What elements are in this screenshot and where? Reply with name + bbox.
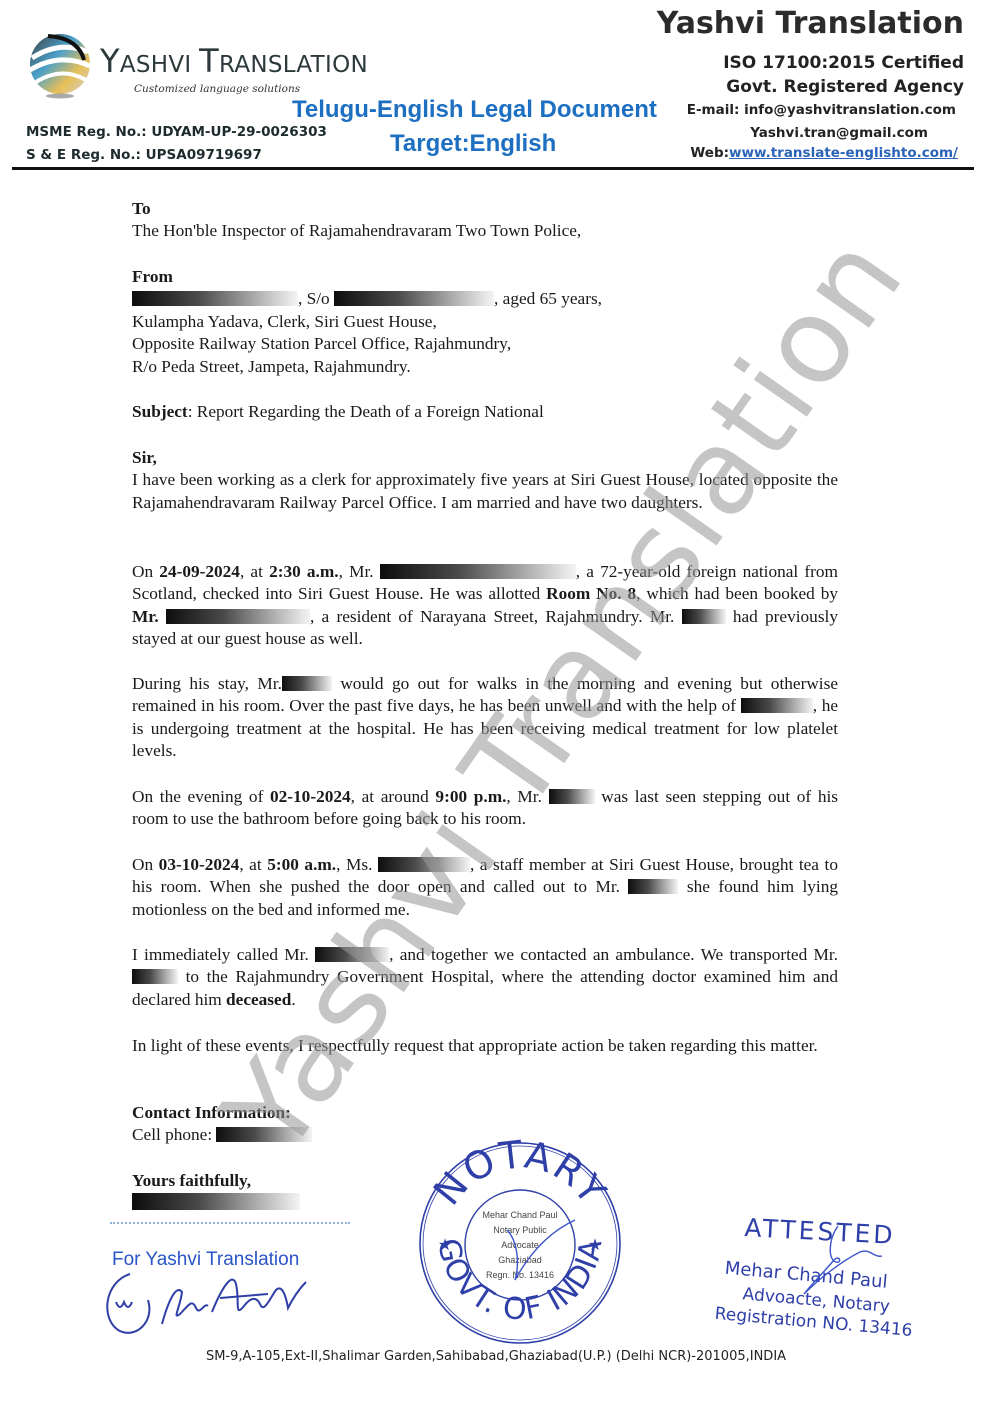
recipient-block: To The Hon'ble Inspector of Rajamahendra…: [132, 198, 838, 243]
web-label: Web:: [690, 145, 729, 161]
paragraph-discovery: On 03-10-2024, at 5:00 a.m., Ms. , a sta…: [132, 854, 838, 921]
svg-text:NOTARY: NOTARY: [425, 1138, 616, 1213]
redacted-name: [380, 564, 576, 579]
email-primary: E-mail: info@yashvitranslation.com: [687, 102, 956, 118]
stamp-notary-role: Advocate: [501, 1240, 539, 1250]
redacted-name: [682, 609, 726, 624]
redacted-name: [628, 879, 678, 894]
website-link[interactable]: www.translate-englishto.com/: [729, 145, 958, 161]
redacted-name: [741, 698, 813, 713]
recipient: The Hon'ble Inspector of Rajamahendravar…: [132, 220, 838, 242]
msme-registration: MSME Reg. No.: UDYAM-UP-29-0026303: [26, 124, 327, 140]
redacted-phone: [216, 1127, 312, 1142]
globe-logo-icon: [22, 30, 96, 100]
paragraph-stay: During his stay, Mr. would go out for wa…: [132, 673, 838, 763]
cell-label: Cell phone:: [132, 1125, 212, 1144]
document-type-title: Telugu-English Legal Document: [292, 96, 657, 124]
signature-dotted-line: [110, 1222, 350, 1224]
translator-signature-icon: [100, 1262, 320, 1342]
sender-address-line: Kulampha Yadava, Clerk, Siri Guest House…: [132, 311, 838, 333]
redacted-name: [132, 969, 178, 984]
footer-address: SM-9,A-105,Ext-II,Shalimar Garden,Sahiba…: [0, 1349, 992, 1364]
sender-block: From , S/o , aged 65 years, Kulampha Yad…: [132, 266, 838, 378]
redacted-signatory: [132, 1193, 300, 1210]
redacted-name: [315, 947, 389, 962]
iso-certification: ISO 17100:2015 Certified: [723, 53, 964, 73]
redacted-father-name: [334, 291, 494, 306]
agency-status: Govt. Registered Agency: [726, 77, 964, 97]
notary-stamp: NOTARY GOVT. OF INDIA ★ ★ Mehar Chand Pa…: [415, 1138, 625, 1348]
star-icon: ★: [588, 1237, 602, 1254]
contact-heading: Contact Information:: [132, 1103, 291, 1122]
logo-tagline: Customized language solutions: [134, 83, 300, 95]
website: Web:www.translate-englishto.com/: [690, 145, 958, 161]
to-heading: To: [132, 199, 151, 218]
paragraph-intro: Sir, I have been working as a clerk for …: [132, 447, 838, 514]
sender-address-line: R/o Peda Street, Jampeta, Rajahmundry.: [132, 356, 838, 378]
redacted-sender-name: [132, 291, 298, 306]
redacted-name: [378, 857, 470, 872]
subject-line: Subject: Report Regarding the Death of a…: [132, 401, 838, 423]
brand-name: Yashvi Translation: [657, 6, 964, 41]
paragraph-check-in: On 24-09-2024, at 2:30 a.m., Mr. , a 72-…: [132, 561, 838, 651]
stamp-notary-name: Mehar Chand Paul: [482, 1210, 557, 1220]
stamp-notary-title: Notary Public: [493, 1225, 547, 1235]
document-page: YASHVI TRANSLATION Customized language s…: [0, 0, 992, 1403]
target-language: Target:English: [390, 130, 556, 158]
redacted-name: [549, 789, 595, 804]
from-heading: From: [132, 267, 173, 286]
logo-wordmark: YASHVI TRANSLATION: [100, 42, 368, 80]
stamp-top-text: NOTARY: [425, 1138, 616, 1213]
salutation: Sir,: [132, 448, 157, 467]
header-divider: [12, 167, 974, 170]
paragraph-last-seen: On the evening of 02-10-2024, at around …: [132, 786, 838, 831]
email-secondary: Yashvi.tran@gmail.com: [750, 125, 928, 141]
redacted-name: [282, 676, 332, 691]
se-registration: S & E Reg. No.: UPSA09719697: [26, 147, 262, 163]
star-icon: ★: [438, 1237, 452, 1254]
attested-label: ATTESTED: [744, 1213, 897, 1250]
paragraph-request: In light of these events, I respectfully…: [132, 1035, 838, 1057]
closing: Yours faithfully,: [132, 1171, 251, 1190]
sender-address-line: Opposite Railway Station Parcel Office, …: [132, 333, 838, 355]
attested-stamp: ATTESTED Mehar Chand Paul Advoacte, Nota…: [700, 1210, 940, 1350]
redacted-name: [166, 609, 310, 624]
stamp-notary-city: Ghaziabad: [498, 1255, 542, 1265]
paragraph-hospital: I immediately called Mr. , and together …: [132, 944, 838, 1011]
